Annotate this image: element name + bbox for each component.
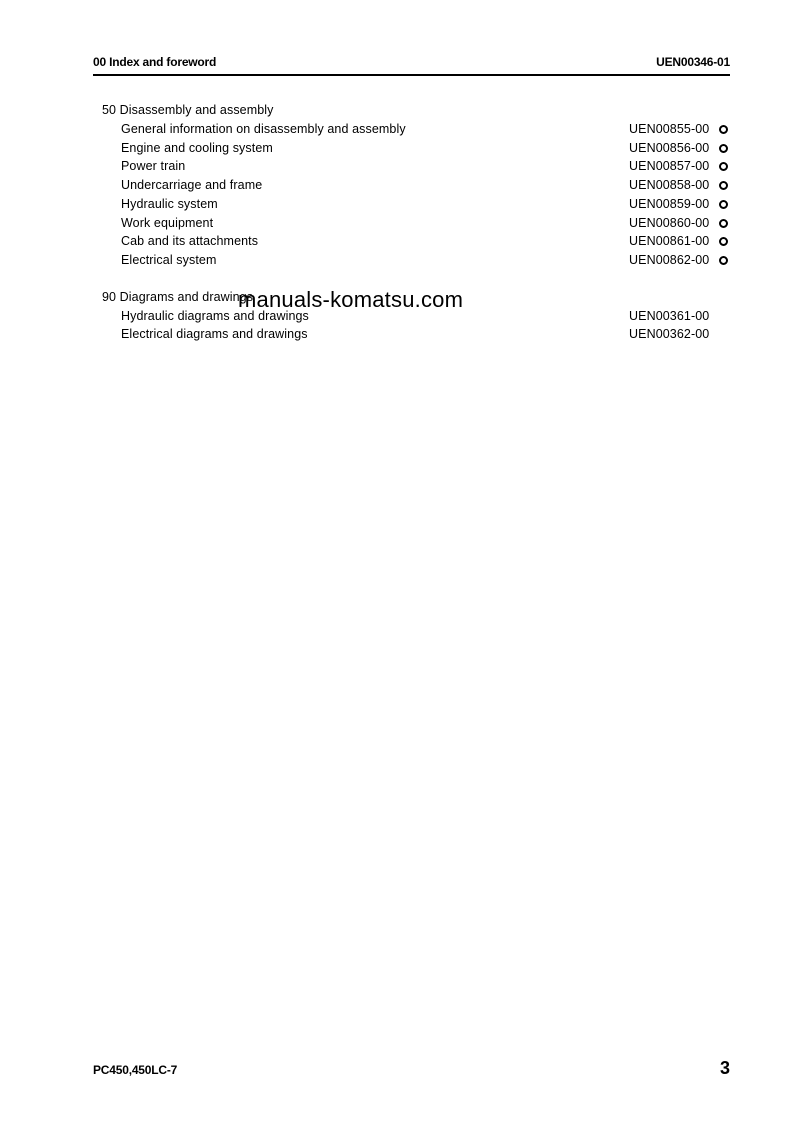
toc-row[interactable]: Electrical diagrams and drawings UEN0036… [121,326,730,342]
circle-marker-icon [719,237,728,246]
toc-row-label: Work equipment [121,215,213,231]
toc-row[interactable]: Work equipment UEN00860-00 [121,215,730,231]
toc-row-code: UEN00361-00 [629,308,709,324]
toc-row[interactable]: Hydraulic system UEN00859-00 [121,196,730,212]
toc-row-code: UEN00861-00 [629,233,709,249]
watermark: manuals-komatsu.com [238,287,463,313]
toc-row-code: UEN00858-00 [629,177,709,193]
toc-row-code: UEN00862-00 [629,252,709,268]
header-doc-code: UEN00346-01 [656,54,730,70]
toc-row-label: Undercarriage and frame [121,177,262,193]
header-title: 00 Index and foreword [93,54,216,70]
section-title-diagrams: 90 Diagrams and drawings [102,289,253,305]
toc-row-code: UEN00855-00 [629,121,709,137]
section-title-disassembly: 50 Disassembly and assembly [102,102,274,118]
header-rule [93,74,730,76]
toc-row-code: UEN00856-00 [629,140,709,156]
toc-row[interactable]: Cab and its attachments UEN00861-00 [121,233,730,249]
footer-model: PC450,450LC-7 [93,1062,177,1078]
circle-marker-icon [719,200,728,209]
toc-row-label: Engine and cooling system [121,140,273,156]
circle-marker-icon [719,144,728,153]
toc-row-label: Cab and its attachments [121,233,258,249]
toc-row-code: UEN00860-00 [629,215,709,231]
toc-row-label: Power train [121,158,185,174]
toc-row[interactable]: Electrical system UEN00862-00 [121,252,730,268]
circle-marker-icon [719,125,728,134]
toc-row-code: UEN00857-00 [629,158,709,174]
page-header: 00 Index and foreword UEN00346-01 [93,54,730,70]
toc-row-label: Electrical system [121,252,216,268]
circle-marker-icon [719,162,728,171]
page-number: 3 [720,1058,730,1078]
toc-row-label: Electrical diagrams and drawings [121,326,308,342]
toc-row-label: General information on disassembly and a… [121,121,406,137]
toc-row[interactable]: General information on disassembly and a… [121,121,730,137]
circle-marker-icon [719,219,728,228]
toc-row-code: UEN00859-00 [629,196,709,212]
circle-marker-icon [719,256,728,265]
toc-row[interactable]: Engine and cooling system UEN00856-00 [121,140,730,156]
toc-row-code: UEN00362-00 [629,326,709,342]
toc-row[interactable]: Undercarriage and frame UEN00858-00 [121,177,730,193]
toc-row[interactable]: Power train UEN00857-00 [121,158,730,174]
circle-marker-icon [719,181,728,190]
toc-row-label: Hydraulic system [121,196,218,212]
